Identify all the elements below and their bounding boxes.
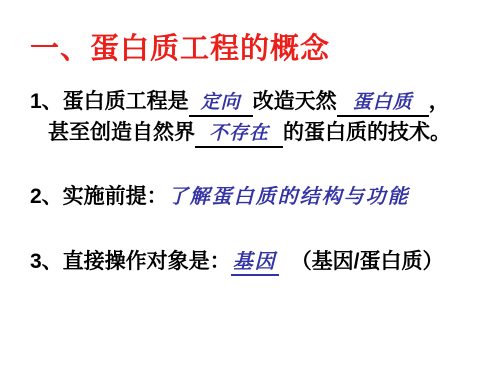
fill-in-blank-nonexistent: 不存在 [195,120,283,148]
blank-answer-nonexistent: 不存在 [209,122,269,144]
item3-answer-gene: 基因 [231,249,279,276]
item1-line1-mid: 改造天然 [253,90,337,113]
item1-line1: 1、蛋白质工程是定向改造天然蛋白质， [30,86,451,117]
slide: 一、蛋白质工程的概念 1、蛋白质工程是定向改造天然蛋白质， 甚至创造自然界不存在… [0,0,500,375]
fill-in-blank-protein: 蛋白质 [337,89,429,117]
blank-answer-directional: 定向 [201,91,241,113]
item3-label: 3、直接操作对象是： [30,250,231,273]
list-item-3: 3、直接操作对象是：基因（基因/蛋白质） [30,245,444,275]
fill-in-blank-directional: 定向 [189,89,253,117]
item2-label: 2、实施前提： [30,185,168,208]
item1-line1-lead: 1、蛋白质工程是 [30,90,189,113]
list-item-2: 2、实施前提：了解蛋白质的结构与功能 [30,180,410,210]
item1-line2-tail: 的蛋白质的技术。 [283,121,451,144]
item2-answer-handwritten: 了解蛋白质的结构与功能 [168,184,410,208]
item1-line1-tail: ， [429,90,450,113]
slide-title: 一、蛋白质工程的概念 [30,26,330,67]
item1-line2-lead: 甚至创造自然界 [48,121,195,144]
list-item-1: 1、蛋白质工程是定向改造天然蛋白质， 甚至创造自然界不存在的蛋白质的技术。 [30,86,451,148]
item1-line2: 甚至创造自然界不存在的蛋白质的技术。 [30,117,451,148]
item3-suffix: （基因/蛋白质） [291,250,444,273]
blank-answer-protein: 蛋白质 [353,91,413,113]
